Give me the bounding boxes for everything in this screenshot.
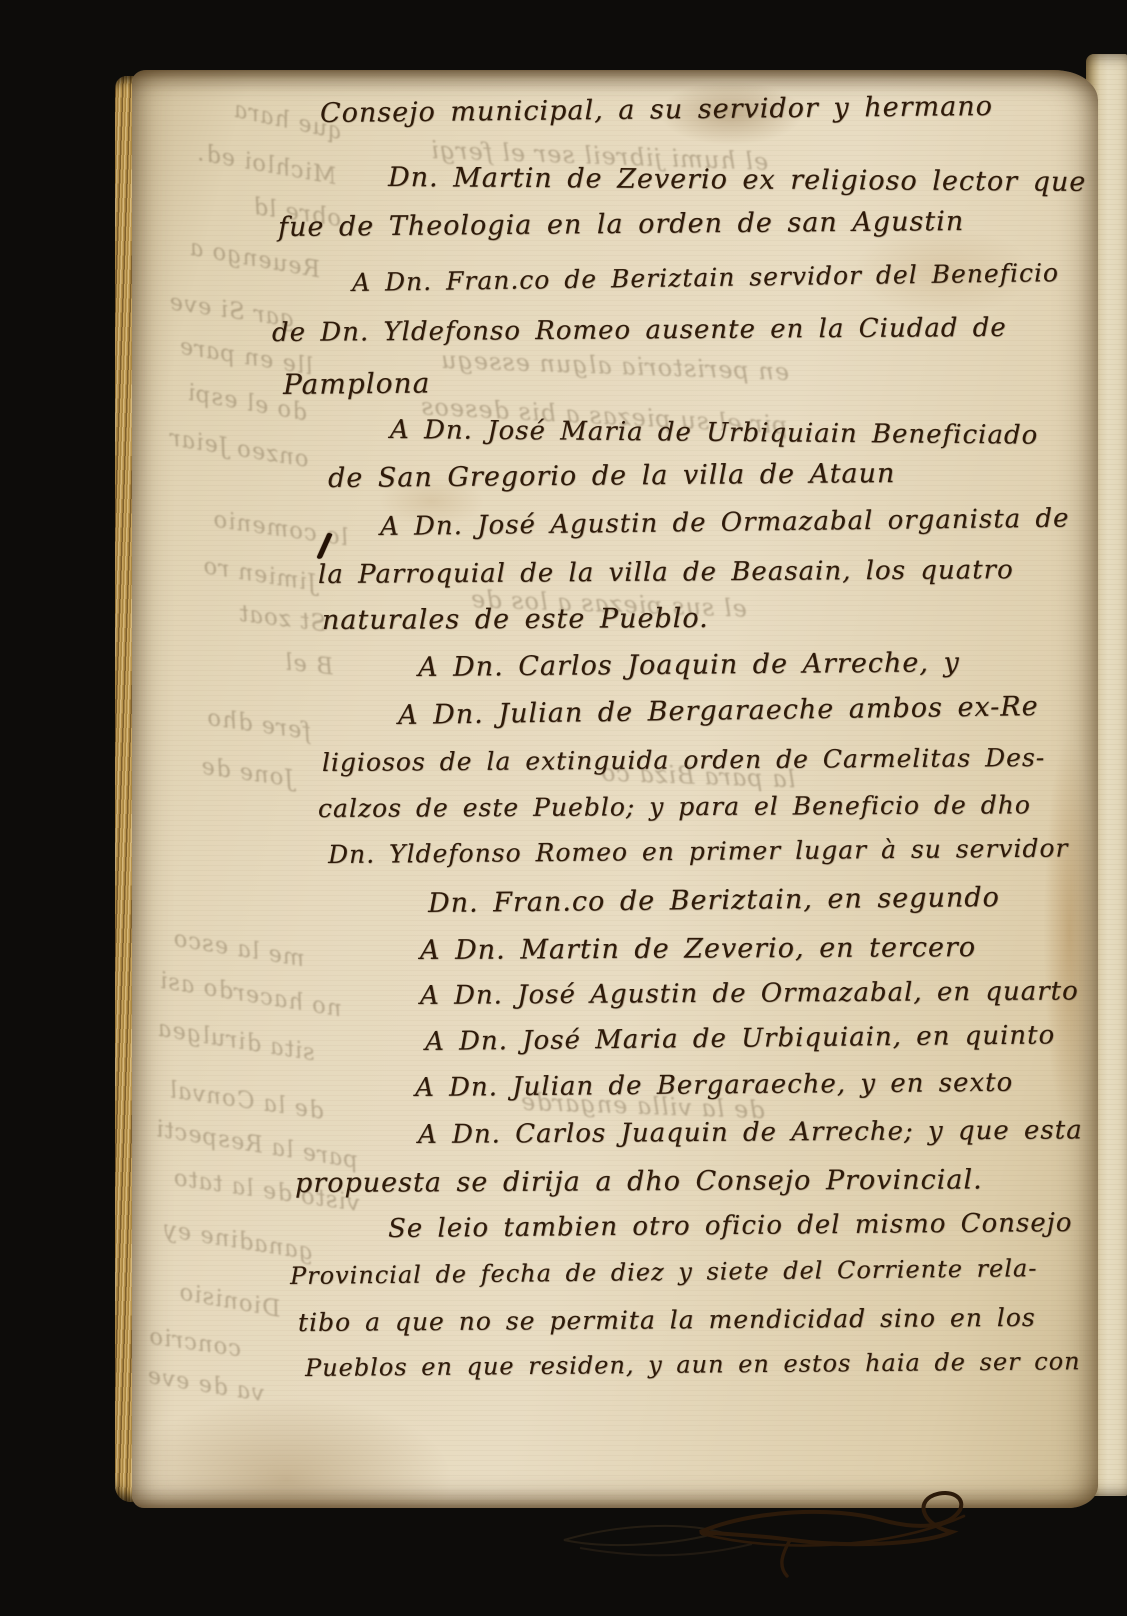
manuscript-page: que haraMichloi ed.obre ldReuengo agar S… [132,70,1098,1508]
manuscript-line: A Dn. Julian de Bergaraeche, y en sexto [415,1068,1013,1103]
manuscript-line: Se leio tambien otro oficio del mismo Co… [388,1208,1073,1244]
manuscript-line: Dn. Martin de Zeverio ex religioso lecto… [388,162,1087,198]
manuscript-line: A Dn. José Maria de Urbiquiain Beneficia… [390,415,1038,451]
rubric-flourish [550,1482,990,1578]
manuscript-line: A Dn. Fran.co de Beriztain servidor del … [352,258,1059,297]
manuscript-line: A Dn. José Maria de Urbiquiain, en quint… [425,1020,1055,1057]
manuscript-line: Provincial de fecha de diez y siete del … [290,1254,1038,1290]
handwriting-layer: Consejo municipal, a su servidor y herma… [132,70,1098,1508]
manuscript-line: tibo a que no se permita la mendicidad s… [298,1303,1036,1337]
manuscript-line: calzos de este Pueblo; y para el Benefic… [318,790,1031,823]
manuscript-line: naturales de este Pueblo. [322,603,709,636]
manuscript-line: Dn. Yldefonso Romeo en primer lugar à su… [328,834,1069,869]
manuscript-line: A Dn. Carlos Juaquin de Arreche; y que e… [418,1115,1083,1150]
manuscript-line: A Dn. José Agustin de Ormazabal, en quar… [420,976,1079,1011]
manuscript-line: propuesta se dirija a dho Consejo Provin… [295,1164,983,1199]
manuscript-line: la Parroquial de la villa de Beasain, lo… [318,555,1014,590]
manuscript-line: de Dn. Yldefonso Romeo ausente en la Ciu… [272,313,1007,348]
manuscript-scan: que haraMichloi ed.obre ldReuengo agar S… [0,0,1127,1616]
manuscript-line: Dn. Fran.co de Beriztain, en segundo [428,882,1000,919]
manuscript-line: Pueblos en que residen, y aun en estos h… [305,1347,1081,1382]
manuscript-line: fue de Theologia en la orden de san Agus… [278,206,964,243]
manuscript-line: de San Gregorio de la villa de Ataun [328,458,896,494]
manuscript-line: A Dn. Carlos Joaquin de Arreche, y [418,647,960,683]
manuscript-line: Pamplona [283,366,431,401]
manuscript-line: A Dn. Julian de Bergaraeche ambos ex-Re [398,691,1039,731]
manuscript-line: A Dn. José Agustin de Ormazabal organist… [380,504,1070,542]
manuscript-line: A Dn. Martin de Zeverio, en tercero [420,932,976,966]
manuscript-line: ligiosos de la extinguida orden de Carme… [322,743,1045,777]
manuscript-line: Consejo municipal, a su servidor y herma… [320,91,993,129]
